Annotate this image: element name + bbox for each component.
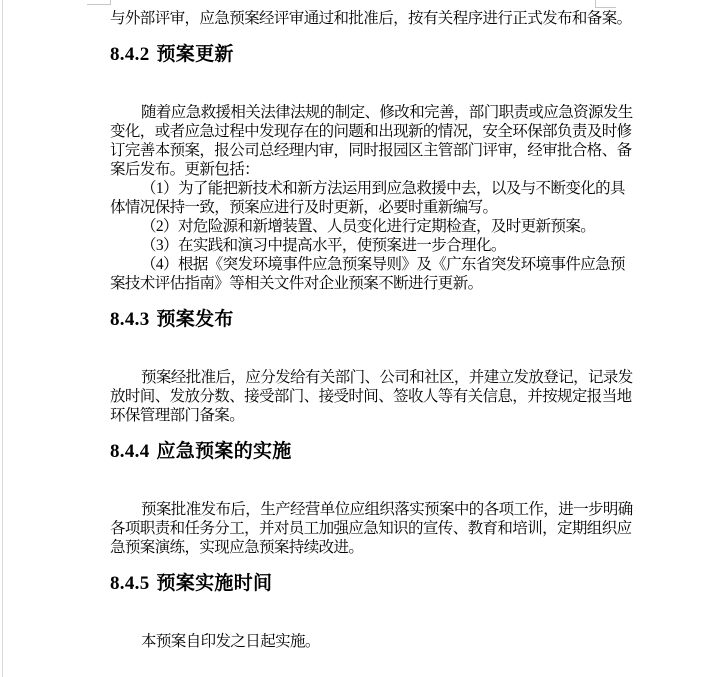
intro-paragraph-line: 与外部评审，应急预案经评审通过和批准后，按有关程序进行正式发布和备案。 bbox=[110, 9, 632, 28]
section-body-8-4-2: 随着应急救援相关法律法规的制定、修改和完善，部门职责或应急资源发生变化，或者应急… bbox=[110, 103, 632, 293]
document-page: 与外部评审，应急预案经评审通过和批准后，按有关程序进行正式发布和备案。 8.4.… bbox=[0, 0, 715, 677]
section-number: 8.4.4 bbox=[110, 441, 150, 462]
text-line: 案后发布。更新包括： bbox=[110, 160, 632, 179]
text-line: 预案批准发布后，生产经营单位应组织落实预案中的各项工作，进一步明确 bbox=[110, 500, 632, 519]
page-edge-line bbox=[2, 0, 3, 677]
text-line: 随着应急救援相关法律法规的制定、修改和完善，部门职责或应急资源发生 bbox=[110, 103, 632, 122]
text-line: （4）根据《突发环境事件应急预案导则》及《广东省突发环境事件应急预 bbox=[110, 255, 632, 274]
section-heading-8-4-2: 8.4.2预案更新 bbox=[110, 43, 632, 67]
text-line: 订完善本预案，报公司总经理内审，同时报园区主管部门评审，经审批合格、备 bbox=[110, 141, 632, 160]
text-line: （1）为了能把新技术和新方法运用到应急救援中去，以及与不断变化的具 bbox=[110, 179, 632, 198]
section-body-8-4-5: 本预案自印发之日起实施。 bbox=[110, 632, 632, 651]
section-title: 预案实施时间 bbox=[157, 573, 273, 594]
text-line: （2）对危险源和新增装置、人员变化进行定期检查，及时更新预案。 bbox=[110, 217, 632, 236]
section-heading-8-4-4: 8.4.4应急预案的实施 bbox=[110, 440, 632, 464]
text-line: 急预案演练，实现应急预案持续改进。 bbox=[110, 538, 632, 557]
text-line: 放时间、发放分数、接受部门、接受时间、签收人等有关信息，并按规定报当地 bbox=[110, 387, 632, 406]
text-column: 与外部评审，应急预案经评审通过和批准后，按有关程序进行正式发布和备案。 8.4.… bbox=[110, 0, 632, 651]
section-body-8-4-3: 预案经批准后，应分发给有关部门、公司和社区，并建立发放登记，记录发放时间、发放分… bbox=[110, 368, 632, 425]
section-number: 8.4.2 bbox=[110, 44, 150, 65]
section-body-8-4-4: 预案批准发布后，生产经营单位应组织落实预案中的各项工作，进一步明确各项职责和任务… bbox=[110, 500, 632, 557]
text-line: 环保管理部门备案。 bbox=[110, 406, 632, 425]
text-line: 案技术评估指南》等相关文件对企业预案不断进行更新。 bbox=[110, 274, 632, 293]
text-line: 体情况保持一致，预案应进行及时更新，必要时重新编写。 bbox=[110, 198, 632, 217]
text-line: 本预案自印发之日起实施。 bbox=[110, 632, 632, 651]
section-title: 预案更新 bbox=[157, 44, 234, 65]
text-line: （3）在实践和演习中提高水平，使预案进一步合理化。 bbox=[110, 236, 632, 255]
section-number: 8.4.3 bbox=[110, 309, 150, 330]
text-line: 各项职责和任务分工，并对员工加强应急知识的宣传、教育和培训，定期组织应 bbox=[110, 519, 632, 538]
section-title: 预案发布 bbox=[157, 309, 234, 330]
section-number: 8.4.5 bbox=[110, 573, 150, 594]
text-line: 预案经批准后，应分发给有关部门、公司和社区，并建立发放登记，记录发 bbox=[110, 368, 632, 387]
section-heading-8-4-5: 8.4.5预案实施时间 bbox=[110, 572, 632, 596]
text-boundary-crop-mark-top-left bbox=[87, 0, 111, 5]
section-heading-8-4-3: 8.4.3预案发布 bbox=[110, 308, 632, 332]
section-title: 应急预案的实施 bbox=[157, 441, 292, 462]
text-line: 变化，或者应急过程中发现存在的问题和出现新的情况，安全环保部负责及时修 bbox=[110, 122, 632, 141]
